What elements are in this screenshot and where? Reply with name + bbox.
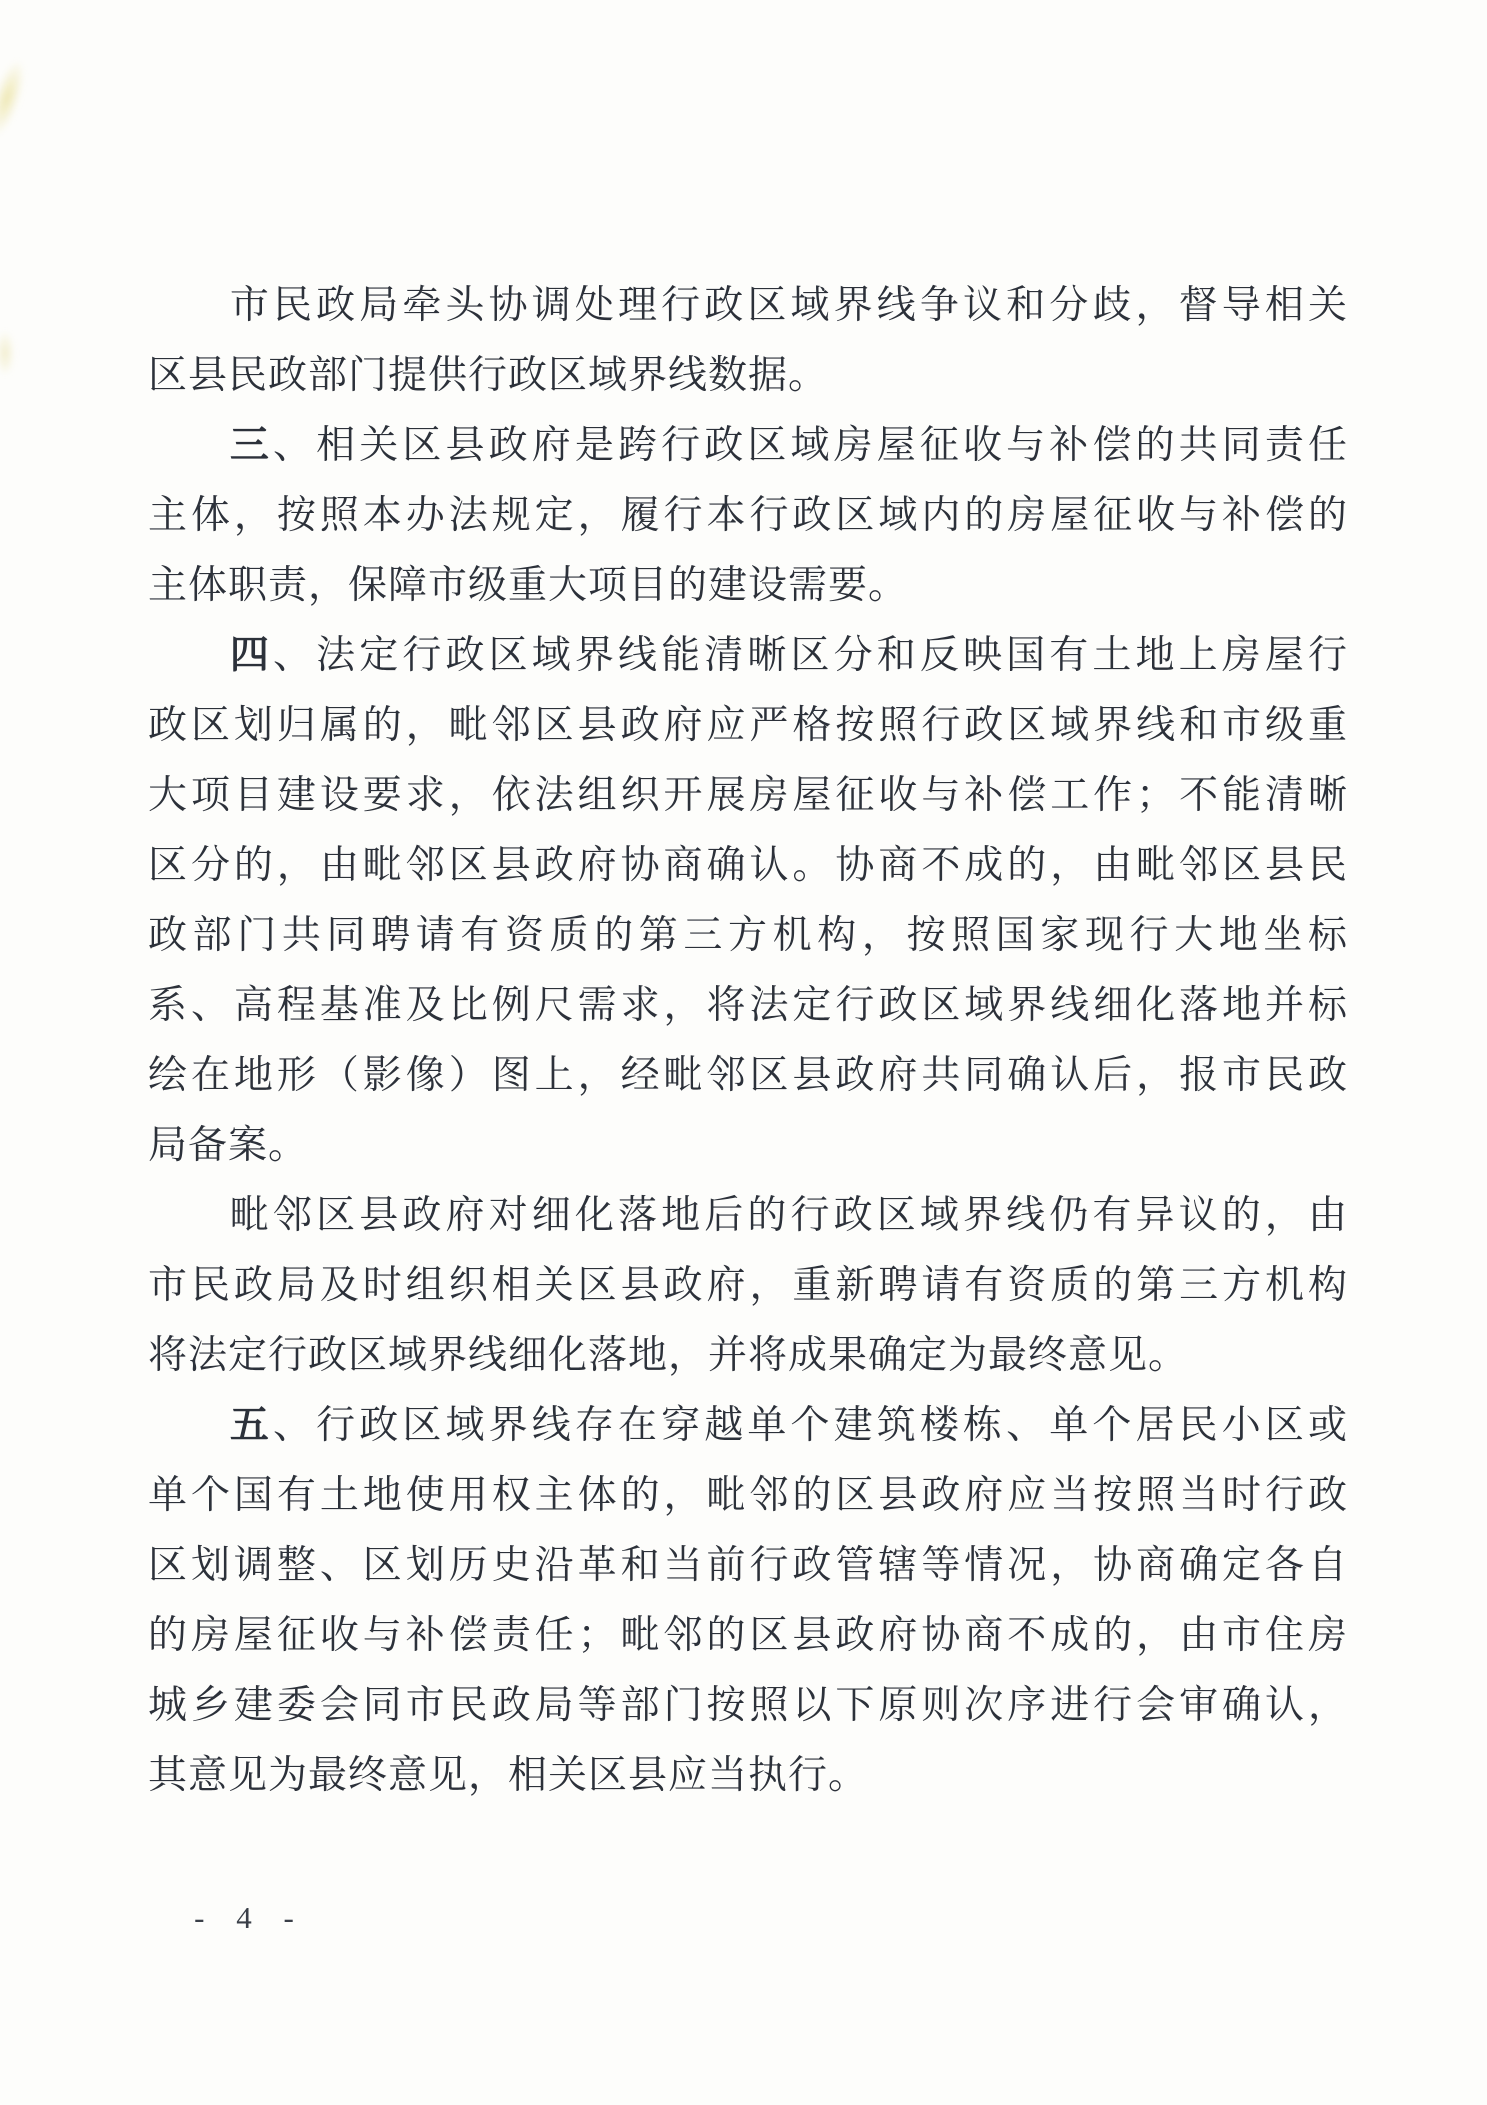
line-text: 区县民政部门提供行政区域界线数据。 [148,354,828,397]
text-line: 主体，按照本办法规定，履行本行政区域内的房屋征收与补偿的 [148,481,1348,551]
line-text: 将法定行政区域界线细化落地，并将成果确定为最终意见。 [148,1334,1188,1377]
line-text: 区划调整、区划历史沿革和当前行政管辖等情况，协商确定各自 [148,1544,1348,1587]
line-text: 市民政局及时组织相关区县政府，重新聘请有资质的第三方机构 [148,1264,1348,1307]
text-line: 区分的，由毗邻区县政府协商确认。协商不成的，由毗邻区县民 [148,831,1348,901]
text-line: 其意见为最终意见，相关区县应当执行。 [148,1741,1348,1811]
line-text: 主体，按照本办法规定，履行本行政区域内的房屋征收与补偿的 [148,494,1348,537]
section-number: 三 [230,424,273,467]
line-text: 、相关区县政府是跨行政区域房屋征收与补偿的共同责任 [273,424,1348,467]
line-text: 政部门共同聘请有资质的第三方机构，按照国家现行大地坐标 [148,914,1348,957]
document-page: 市民政局牵头协调处理行政区域界线争议和分歧，督导相关 区县民政部门提供行政区域界… [0,0,1487,2105]
text-line: 三、相关区县政府是跨行政区域房屋征收与补偿的共同责任 [148,411,1348,481]
line-text: 市民政局牵头协调处理行政区域界线争议和分歧，督导相关 [230,284,1348,327]
text-line: 五、行政区域界线存在穿越单个建筑楼栋、单个居民小区或 [148,1391,1348,1461]
line-text: 、行政区域界线存在穿越单个建筑楼栋、单个居民小区或 [273,1404,1348,1447]
scan-smudge-artifact [0,56,32,140]
text-line: 市民政局牵头协调处理行政区域界线争议和分歧，督导相关 [148,271,1348,341]
line-text: 局备案。 [148,1124,308,1167]
text-line: 绘在地形（影像）图上，经毗邻区县政府共同确认后，报市民政 [148,1041,1348,1111]
line-text: 政区划归属的，毗邻区县政府应严格按照行政区域界线和市级重 [148,704,1348,747]
text-line: 大项目建设要求，依法组织开展房屋征收与补偿工作；不能清晰 [148,761,1348,831]
section-number: 四 [230,634,273,677]
page-number: - 4 - [160,1900,340,1936]
text-line: 局备案。 [148,1111,1348,1181]
text-line: 城乡建委会同市民政局等部门按照以下原则次序进行会审确认， [148,1671,1348,1741]
text-line: 单个国有土地使用权主体的，毗邻的区县政府应当按照当时行政 [148,1461,1348,1531]
text-line: 政区划归属的，毗邻区县政府应严格按照行政区域界线和市级重 [148,691,1348,761]
text-line: 的房屋征收与补偿责任；毗邻的区县政府协商不成的，由市住房 [148,1601,1348,1671]
line-text: 系、高程基准及比例尺需求，将法定行政区域界线细化落地并标 [148,984,1348,1027]
section-number: 五 [230,1404,273,1447]
text-line: 政部门共同聘请有资质的第三方机构，按照国家现行大地坐标 [148,901,1348,971]
body-text-block: 市民政局牵头协调处理行政区域界线争议和分歧，督导相关 区县民政部门提供行政区域界… [148,271,1348,1811]
line-text: 、法定行政区域界线能清晰区分和反映国有土地上房屋行 [273,634,1348,677]
line-text: 其意见为最终意见，相关区县应当执行。 [148,1754,868,1797]
text-line: 毗邻区县政府对细化落地后的行政区域界线仍有异议的，由 [148,1181,1348,1251]
line-text: 绘在地形（影像）图上，经毗邻区县政府共同确认后，报市民政 [148,1054,1348,1097]
line-text: 毗邻区县政府对细化落地后的行政区域界线仍有异议的，由 [230,1194,1348,1237]
line-text: 城乡建委会同市民政局等部门按照以下原则次序进行会审确认， [148,1684,1348,1727]
text-line: 将法定行政区域界线细化落地，并将成果确定为最终意见。 [148,1321,1348,1391]
text-line: 区划调整、区划历史沿革和当前行政管辖等情况，协商确定各自 [148,1531,1348,1601]
scan-smudge-artifact [0,330,15,376]
line-text: 单个国有土地使用权主体的，毗邻的区县政府应当按照当时行政 [148,1474,1348,1517]
text-line: 四、法定行政区域界线能清晰区分和反映国有土地上房屋行 [148,621,1348,691]
text-line: 主体职责，保障市级重大项目的建设需要。 [148,551,1348,621]
line-text: 区分的，由毗邻区县政府协商确认。协商不成的，由毗邻区县民 [148,844,1348,887]
line-text: 主体职责，保障市级重大项目的建设需要。 [148,564,908,607]
text-line: 系、高程基准及比例尺需求，将法定行政区域界线细化落地并标 [148,971,1348,1041]
line-text: 的房屋征收与补偿责任；毗邻的区县政府协商不成的，由市住房 [148,1614,1348,1657]
text-line: 区县民政部门提供行政区域界线数据。 [148,341,1348,411]
line-text: 大项目建设要求，依法组织开展房屋征收与补偿工作；不能清晰 [148,774,1348,817]
text-line: 市民政局及时组织相关区县政府，重新聘请有资质的第三方机构 [148,1251,1348,1321]
